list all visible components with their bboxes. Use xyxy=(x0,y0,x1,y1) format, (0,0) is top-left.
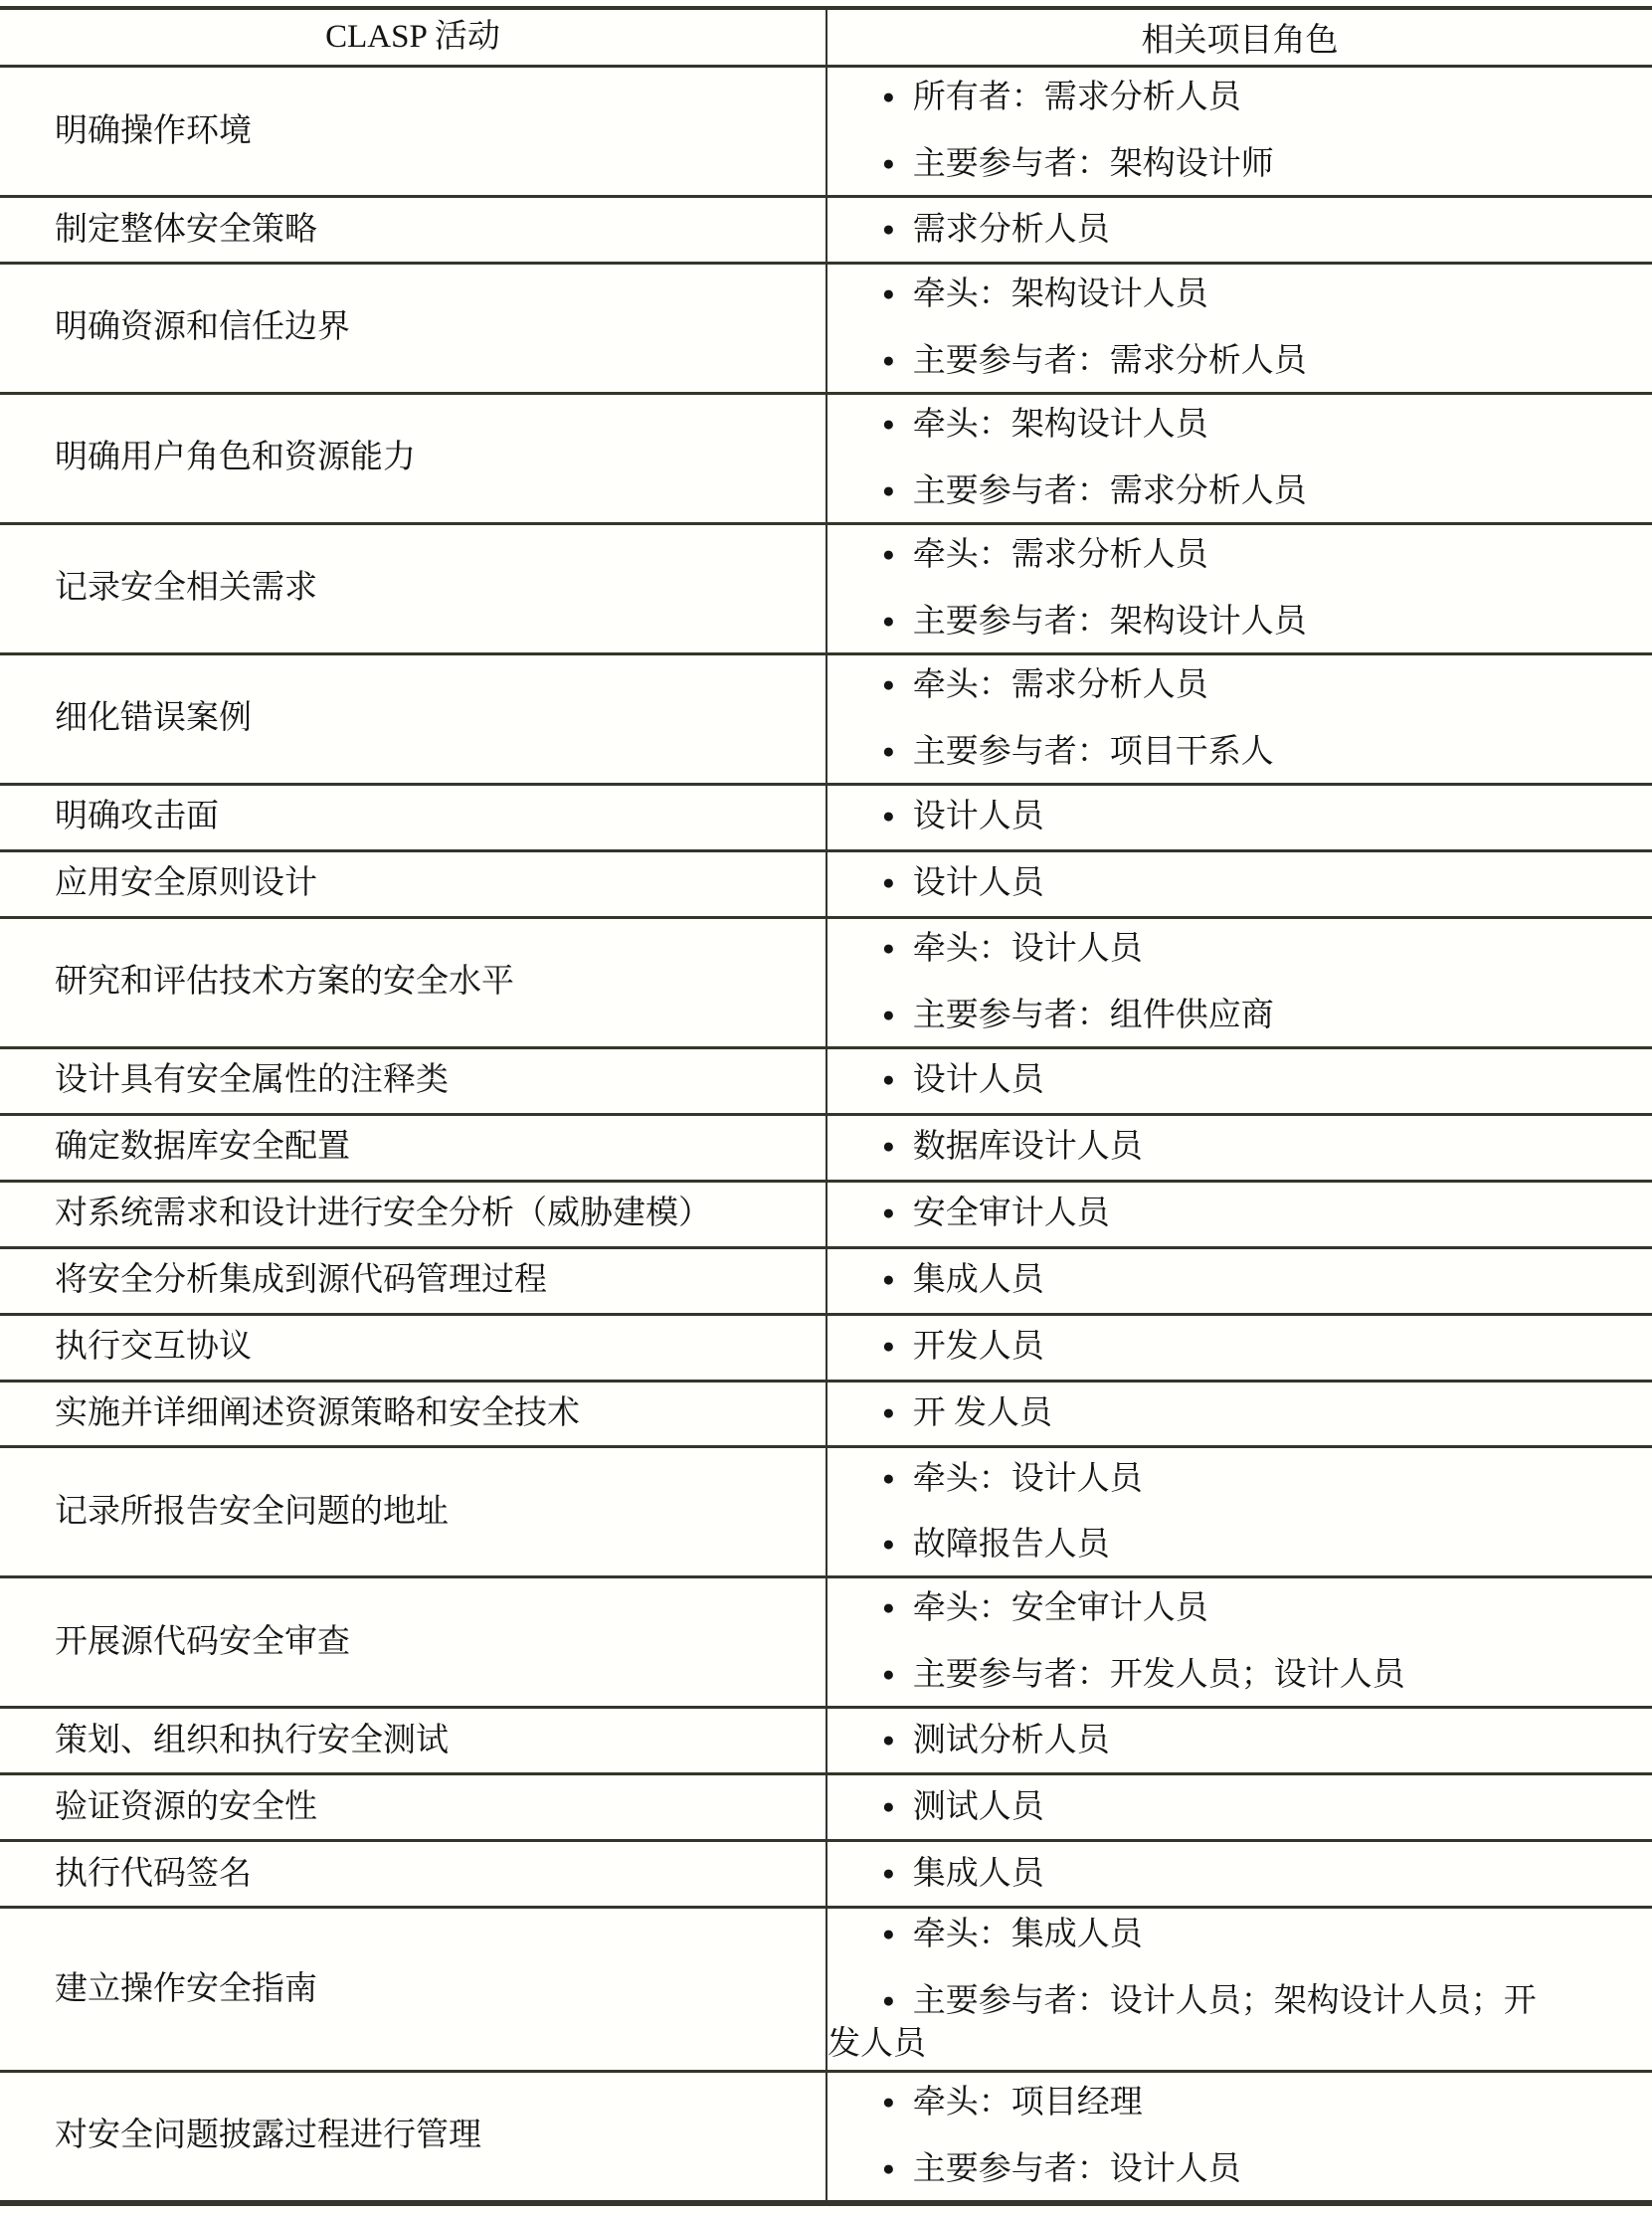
bullet-icon: ● xyxy=(882,216,895,243)
role-label: 牵头：架构设计人员 xyxy=(913,407,1208,443)
roles-cell: ●牵头：需求分析人员●主要参与者：项目干系人 xyxy=(827,655,1652,783)
role-item: ●数据库设计人员 xyxy=(827,1126,1652,1169)
role-label: 集成人员 xyxy=(913,1262,1044,1298)
activity-cell: 应用安全原则设计 xyxy=(0,852,827,916)
role-label: 故障报告人员 xyxy=(913,1527,1110,1563)
role-item: ●安全审计人员 xyxy=(827,1193,1652,1235)
role-item: ●设计人员 xyxy=(827,1059,1652,1102)
bullet-icon: ● xyxy=(882,84,895,110)
role-item: ●牵头：设计人员 xyxy=(827,1458,1652,1501)
activity-label: 对安全问题披露过程进行管理 xyxy=(55,2116,481,2156)
activity-label: 验证资源的安全性 xyxy=(55,1787,317,1828)
activity-label: 明确操作环境 xyxy=(55,111,252,152)
bullet-icon: ● xyxy=(882,1793,895,1820)
table-row: 研究和评估技术方案的安全水平 ●牵头：设计人员●主要参与者：组件供应商 xyxy=(0,919,1652,1049)
bullet-icon: ● xyxy=(882,803,895,830)
clasp-activities-roles-table: CLASP 活动 相关项目角色 明确操作环境 ●所有者：需求分析人员●主要参与者… xyxy=(0,6,1652,2206)
role-label: 牵头：集成人员 xyxy=(913,1917,1143,1952)
bullet-icon: ● xyxy=(882,347,895,374)
table-row: 执行交互协议 ●开发人员 xyxy=(0,1316,1652,1383)
activity-label: 明确资源和信任边界 xyxy=(55,307,350,348)
role-label: 主要参与者：需求分析人员 xyxy=(913,343,1307,379)
role-label: 主要参与者：需求分析人员 xyxy=(913,473,1307,509)
roles-cell: ●集成人员 xyxy=(827,1842,1652,1906)
bullet-icon: ● xyxy=(882,541,895,568)
role-item: ●主要参与者：设计人员 xyxy=(827,2148,1652,2191)
roles-cell: ●牵头：设计人员●故障报告人员 xyxy=(827,1448,1652,1575)
role-label: 主要参与者：设计人员 xyxy=(913,2151,1241,2187)
roles-cell: ●设计人员 xyxy=(827,1049,1652,1113)
role-item: ●设计人员 xyxy=(827,796,1652,838)
roles-cell: ●牵头：需求分析人员●主要参与者：架构设计人员 xyxy=(827,525,1652,652)
role-item: ●牵头：安全审计人员 xyxy=(827,1587,1652,1630)
table-row: 确定数据库安全配置 ●数据库设计人员 xyxy=(0,1116,1652,1183)
table-row: 制定整体安全策略 ●需求分析人员 xyxy=(0,198,1652,265)
role-label: 数据库设计人员 xyxy=(913,1129,1143,1165)
activity-cell: 明确用户角色和资源能力 xyxy=(0,395,827,522)
activity-cell: 明确攻击面 xyxy=(0,786,827,849)
roles-cell: ●需求分析人员 xyxy=(827,198,1652,262)
role-label: 需求分析人员 xyxy=(913,212,1110,248)
bullet-icon: ● xyxy=(882,1860,895,1887)
bullet-icon: ● xyxy=(882,1531,895,1558)
activity-label: 建立操作安全指南 xyxy=(55,1969,317,2010)
bullet-icon: ● xyxy=(882,1199,895,1226)
role-item: ●牵头：项目经理 xyxy=(827,2082,1652,2124)
role-label: 牵头：架构设计人员 xyxy=(913,277,1208,312)
bullet-icon: ● xyxy=(882,2089,895,2116)
roles-cell: ●安全审计人员 xyxy=(827,1183,1652,1246)
activity-cell: 设计具有安全属性的注释类 xyxy=(0,1049,827,1113)
activity-cell: 执行代码签名 xyxy=(0,1842,827,1906)
roles-cell: ●测试分析人员 xyxy=(827,1709,1652,1772)
table-row: 设计具有安全属性的注释类 ●设计人员 xyxy=(0,1049,1652,1116)
role-item: ●主要参与者：架构设计师 xyxy=(827,143,1652,186)
role-item: ●主要参与者：需求分析人员 xyxy=(827,340,1652,383)
table-row: 记录所报告安全问题的地址 ●牵头：设计人员●故障报告人员 xyxy=(0,1448,1652,1578)
roles-cell: ●牵头：架构设计人员●主要参与者：需求分析人员 xyxy=(827,265,1652,392)
bullet-icon: ● xyxy=(882,1333,895,1360)
activity-cell: 验证资源的安全性 xyxy=(0,1775,827,1839)
role-label: 设计人员 xyxy=(913,1062,1044,1098)
header-related-roles: 相关项目角色 xyxy=(827,10,1652,65)
activity-cell: 细化错误案例 xyxy=(0,655,827,783)
roles-cell: ●集成人员 xyxy=(827,1249,1652,1313)
role-item: ●主要参与者：设计人员；架构设计人员；开发人员 xyxy=(827,1980,1652,2066)
bullet-icon: ● xyxy=(882,1133,895,1160)
roles-cell: ●数据库设计人员 xyxy=(827,1116,1652,1180)
table-row: 对安全问题披露过程进行管理 ●牵头：项目经理●主要参与者：设计人员 xyxy=(0,2073,1652,2200)
role-item: ●需求分析人员 xyxy=(827,209,1652,252)
roles-cell: ●开 发人员 xyxy=(827,1383,1652,1446)
table-header-row: CLASP 活动 相关项目角色 xyxy=(0,10,1652,68)
activity-label: 执行交互协议 xyxy=(55,1327,252,1368)
bullet-icon: ● xyxy=(882,1465,895,1492)
bullet-icon: ● xyxy=(882,1661,895,1688)
activity-cell: 记录所报告安全问题的地址 xyxy=(0,1448,827,1575)
activity-cell: 制定整体安全策略 xyxy=(0,198,827,262)
role-item: ●牵头：需求分析人员 xyxy=(827,534,1652,577)
roles-cell: ●牵头：设计人员●主要参与者：组件供应商 xyxy=(827,919,1652,1046)
table-row: 实施并详细阐述资源策略和安全技术 ●开 发人员 xyxy=(0,1383,1652,1449)
activity-cell: 建立操作安全指南 xyxy=(0,1909,827,2070)
activity-label: 记录安全相关需求 xyxy=(55,568,317,609)
bullet-icon: ● xyxy=(882,1727,895,1753)
activity-label: 实施并详细阐述资源策略和安全技术 xyxy=(55,1393,580,1434)
activity-label: 策划、组织和执行安全测试 xyxy=(55,1721,449,1761)
role-item: ●开发人员 xyxy=(827,1326,1652,1369)
bullet-icon: ● xyxy=(882,738,895,765)
role-item: ●集成人员 xyxy=(827,1259,1652,1302)
role-item: ●牵头：架构设计人员 xyxy=(827,274,1652,316)
roles-cell: ●牵头：项目经理●主要参与者：设计人员 xyxy=(827,2073,1652,2200)
role-label: 牵头：安全审计人员 xyxy=(913,1590,1208,1626)
bullet-icon: ● xyxy=(882,2155,895,2182)
bullet-icon: ● xyxy=(882,608,895,635)
activity-label: 研究和评估技术方案的安全水平 xyxy=(55,962,514,1003)
role-item: ●设计人员 xyxy=(827,862,1652,905)
activity-label: 明确攻击面 xyxy=(55,797,219,837)
activity-label: 确定数据库安全配置 xyxy=(55,1127,350,1168)
bullet-icon: ● xyxy=(882,1002,895,1028)
activity-cell: 策划、组织和执行安全测试 xyxy=(0,1709,827,1772)
role-label: 主要参与者：设计人员；架构设计人员；开发人员 xyxy=(827,1983,1537,2062)
role-item: ●牵头：集成人员 xyxy=(827,1914,1652,1956)
activity-cell: 确定数据库安全配置 xyxy=(0,1116,827,1180)
activity-cell: 研究和评估技术方案的安全水平 xyxy=(0,919,827,1046)
role-item: ●牵头：设计人员 xyxy=(827,928,1652,971)
activity-cell: 实施并详细阐述资源策略和安全技术 xyxy=(0,1383,827,1446)
role-item: ●测试分析人员 xyxy=(827,1720,1652,1762)
bullet-icon: ● xyxy=(882,869,895,896)
activity-cell: 记录安全相关需求 xyxy=(0,525,827,652)
bullet-icon: ● xyxy=(882,150,895,177)
bullet-icon: ● xyxy=(882,1399,895,1426)
activity-label: 执行代码签名 xyxy=(55,1854,252,1895)
activity-label: 制定整体安全策略 xyxy=(55,210,317,251)
role-item: ●主要参与者：架构设计人员 xyxy=(827,601,1652,644)
roles-cell: ●牵头：架构设计人员●主要参与者：需求分析人员 xyxy=(827,395,1652,522)
activity-label: 应用安全原则设计 xyxy=(55,863,317,904)
table-row: 执行代码签名 ●集成人员 xyxy=(0,1842,1652,1909)
role-label: 安全审计人员 xyxy=(913,1196,1110,1231)
role-label: 牵头：设计人员 xyxy=(913,931,1143,967)
table-row: 验证资源的安全性 ●测试人员 xyxy=(0,1775,1652,1842)
table-row: 细化错误案例 ●牵头：需求分析人员●主要参与者：项目干系人 xyxy=(0,655,1652,786)
table-row: 记录安全相关需求 ●牵头：需求分析人员●主要参与者：架构设计人员 xyxy=(0,525,1652,655)
activity-label: 细化错误案例 xyxy=(55,698,252,739)
role-label: 集成人员 xyxy=(913,1856,1044,1892)
activity-cell: 对安全问题披露过程进行管理 xyxy=(0,2073,827,2200)
bullet-icon: ● xyxy=(882,477,895,504)
table-row: 明确攻击面 ●设计人员 xyxy=(0,786,1652,852)
activity-cell: 对系统需求和设计进行安全分析（威胁建模） xyxy=(0,1183,827,1246)
role-item: ●牵头：架构设计人员 xyxy=(827,404,1652,447)
activity-cell: 将安全分析集成到源代码管理过程 xyxy=(0,1249,827,1313)
role-label: 设计人员 xyxy=(913,865,1044,901)
role-label: 设计人员 xyxy=(913,799,1044,834)
role-label: 所有者：需求分析人员 xyxy=(913,80,1241,115)
role-item: ●测试人员 xyxy=(827,1786,1652,1829)
role-item: ●所有者：需求分析人员 xyxy=(827,77,1652,119)
bullet-icon: ● xyxy=(882,1266,895,1293)
bullet-icon: ● xyxy=(882,411,895,438)
role-label: 开发人员 xyxy=(913,1329,1044,1365)
role-item: ●主要参与者：开发人员；设计人员 xyxy=(827,1654,1652,1697)
role-item: ●主要参与者：项目干系人 xyxy=(827,731,1652,774)
table-row: 建立操作安全指南 ●牵头：集成人员●主要参与者：设计人员；架构设计人员；开发人员 xyxy=(0,1909,1652,2073)
header-clasp-activity: CLASP 活动 xyxy=(0,10,827,65)
roles-cell: ●设计人员 xyxy=(827,786,1652,849)
role-label: 牵头：设计人员 xyxy=(913,1461,1143,1497)
table-row: 对系统需求和设计进行安全分析（威胁建模） ●安全审计人员 xyxy=(0,1183,1652,1249)
roles-cell: ●牵头：安全审计人员●主要参与者：开发人员；设计人员 xyxy=(827,1578,1652,1706)
bullet-icon: ● xyxy=(882,280,895,307)
role-label: 牵头：项目经理 xyxy=(913,2085,1143,2121)
activity-cell: 执行交互协议 xyxy=(0,1316,827,1380)
activity-label: 设计具有安全属性的注释类 xyxy=(55,1060,449,1101)
role-label: 牵头：需求分析人员 xyxy=(913,667,1208,703)
role-label: 主要参与者：组件供应商 xyxy=(913,998,1274,1033)
activity-cell: 开展源代码安全审查 xyxy=(0,1578,827,1706)
activity-label: 明确用户角色和资源能力 xyxy=(55,438,416,478)
bullet-icon: ● xyxy=(882,671,895,698)
role-item: ●故障报告人员 xyxy=(827,1524,1652,1567)
role-label: 主要参与者：开发人员；设计人员 xyxy=(913,1657,1405,1693)
bullet-icon: ● xyxy=(882,1987,895,2014)
activity-cell: 明确操作环境 xyxy=(0,68,827,195)
role-item: ●牵头：需求分析人员 xyxy=(827,664,1652,707)
role-item: ●主要参与者：需求分析人员 xyxy=(827,470,1652,513)
bullet-icon: ● xyxy=(882,1921,895,1947)
roles-cell: ●开发人员 xyxy=(827,1316,1652,1380)
role-label: 主要参与者：项目干系人 xyxy=(913,734,1274,770)
role-item: ●集成人员 xyxy=(827,1853,1652,1896)
role-item: ●主要参与者：组件供应商 xyxy=(827,995,1652,1037)
bullet-icon: ● xyxy=(882,1594,895,1621)
roles-cell: ●所有者：需求分析人员●主要参与者：架构设计师 xyxy=(827,68,1652,195)
activity-label: 开展源代码安全审查 xyxy=(55,1622,350,1663)
activity-label: 将安全分析集成到源代码管理过程 xyxy=(55,1260,547,1301)
activity-label: 记录所报告安全问题的地址 xyxy=(55,1492,449,1533)
roles-cell: ●牵头：集成人员●主要参与者：设计人员；架构设计人员；开发人员 xyxy=(827,1909,1652,2070)
role-label: 主要参与者：架构设计人员 xyxy=(913,604,1307,640)
table-row: 开展源代码安全审查 ●牵头：安全审计人员●主要参与者：开发人员；设计人员 xyxy=(0,1578,1652,1709)
role-label: 牵头：需求分析人员 xyxy=(913,537,1208,573)
table-row: 明确资源和信任边界 ●牵头：架构设计人员●主要参与者：需求分析人员 xyxy=(0,265,1652,395)
roles-cell: ●设计人员 xyxy=(827,852,1652,916)
bullet-icon: ● xyxy=(882,935,895,962)
roles-cell: ●测试人员 xyxy=(827,1775,1652,1839)
role-label: 开 发人员 xyxy=(913,1395,1052,1431)
activity-cell: 明确资源和信任边界 xyxy=(0,265,827,392)
role-label: 测试人员 xyxy=(913,1789,1044,1825)
role-label: 主要参与者：架构设计师 xyxy=(913,146,1274,182)
table-row: 策划、组织和执行安全测试 ●测试分析人员 xyxy=(0,1709,1652,1775)
table-row: 将安全分析集成到源代码管理过程 ●集成人员 xyxy=(0,1249,1652,1316)
table-row: 应用安全原则设计 ●设计人员 xyxy=(0,852,1652,919)
bullet-icon: ● xyxy=(882,1066,895,1093)
activity-label: 对系统需求和设计进行安全分析（威胁建模） xyxy=(55,1194,711,1234)
role-item: ●开 发人员 xyxy=(827,1392,1652,1435)
role-label: 测试分析人员 xyxy=(913,1723,1110,1758)
table-row: 明确用户角色和资源能力 ●牵头：架构设计人员●主要参与者：需求分析人员 xyxy=(0,395,1652,525)
table-row: 明确操作环境 ●所有者：需求分析人员●主要参与者：架构设计师 xyxy=(0,68,1652,198)
